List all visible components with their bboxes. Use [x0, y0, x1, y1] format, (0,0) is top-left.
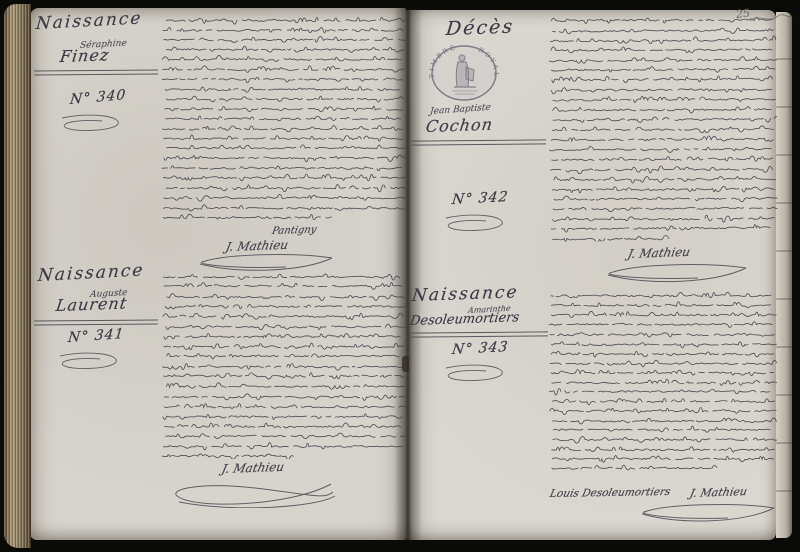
- pencil-paraph: [748, 10, 794, 26]
- act-343-number-flourish: [440, 362, 514, 386]
- act-340-surname: Finez: [59, 45, 111, 66]
- act-342-body: [546, 12, 777, 241]
- act-342-number: N° 342: [451, 189, 509, 208]
- act-340-signature-witness: Pantigny: [271, 224, 318, 237]
- act-340-signature-flourish: [190, 250, 340, 276]
- act-342-number-flourish: [440, 212, 514, 236]
- act-342-signature-flourish: [596, 260, 756, 288]
- act-343-signature-flourish: [632, 500, 782, 528]
- act-342-signature-officer: J. Mathieu: [627, 245, 692, 261]
- act-343-signature-declarant: Louis Desoleumortiers: [549, 486, 672, 500]
- book-fore-edge: [4, 4, 31, 548]
- act-343-number: N° 343: [451, 339, 509, 358]
- act-340-number-flourish: [56, 112, 130, 136]
- underlying-page-edge: [776, 12, 792, 538]
- act-341-number-flourish: [54, 350, 128, 374]
- act-341-signature-flourish: [165, 476, 340, 508]
- act-343-signature-officer: J. Mathieu: [689, 485, 749, 500]
- act-342-heading: Décès: [445, 16, 515, 40]
- act-343-body: [547, 289, 777, 471]
- act-340-body: [160, 13, 406, 220]
- act-343-heading: Naissance: [411, 282, 520, 306]
- act-341-surname: Laurent: [55, 293, 129, 315]
- royal-stamp: TIMBRE ROYAL: [428, 42, 500, 106]
- act-341-signature-officer: J. Mathieu: [221, 460, 286, 476]
- act-342-surname: Cochon: [425, 115, 495, 136]
- register-book-scan: Naissance Séraphine Finez N° 340 Pantign…: [0, 0, 800, 552]
- act-341-body: [160, 269, 406, 459]
